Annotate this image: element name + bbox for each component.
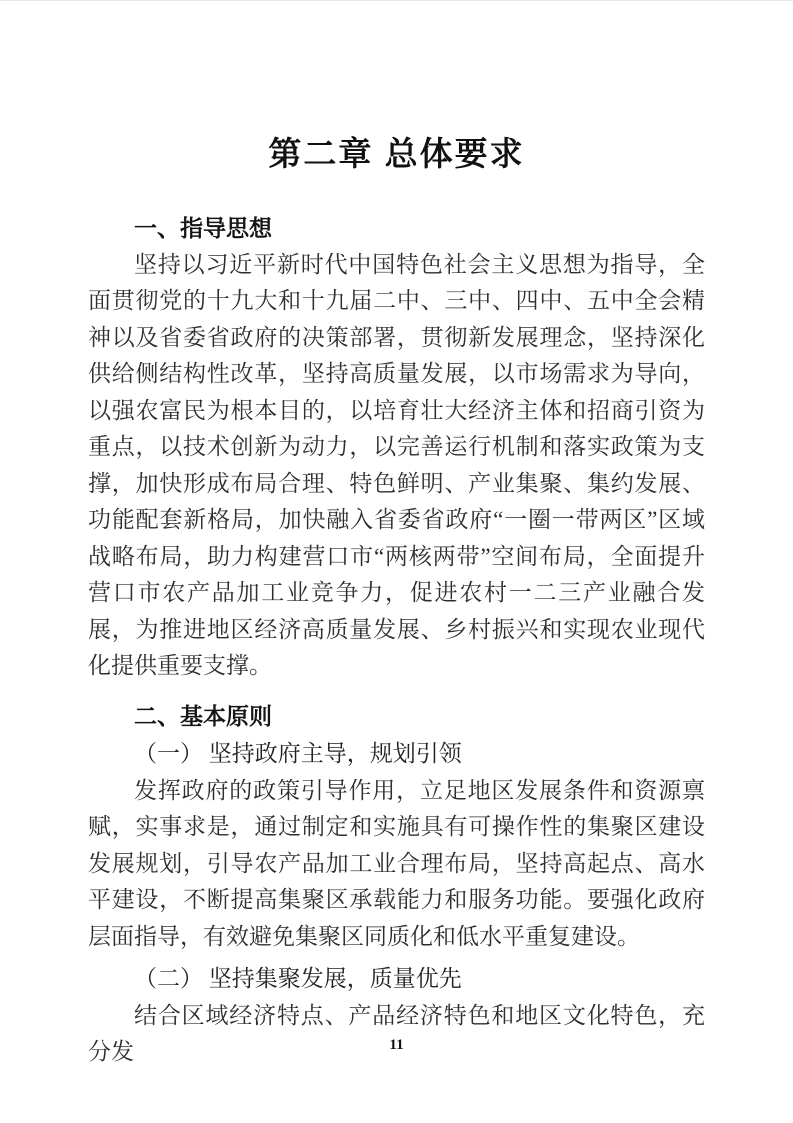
page-content: 第二章 总体要求 一、指导思想 坚持以习近平新时代中国特色社会主义思想为指导，全… [0,1,793,1071]
chapter-title: 第二章 总体要求 [88,1,705,177]
paragraph-cluster-development: 结合区域经济特点、产品经济特色和地区文化特色，充分发 [88,998,705,1071]
page-number: 11 [0,1037,793,1054]
document-page: 第二章 总体要求 一、指导思想 坚持以习近平新时代中国特色社会主义思想为指导，全… [0,0,793,1123]
paragraph-guiding-ideology: 坚持以习近平新时代中国特色社会主义思想为指导，全面贯彻党的十九大和十九届二中、三… [88,247,705,685]
subsection-heading-cluster-development: （二） 坚持集聚发展，质量优先 [88,961,705,998]
section-heading-guiding-ideology: 一、指导思想 [88,210,705,247]
subsection-heading-government-led: （一） 坚持政府主导，规划引领 [88,736,705,773]
paragraph-government-led: 发挥政府的政策引导作用，立足地区发展条件和资源禀赋，实事求是，通过制定和实施具有… [88,773,705,956]
section-heading-basic-principles: 二、基本原则 [88,698,705,735]
